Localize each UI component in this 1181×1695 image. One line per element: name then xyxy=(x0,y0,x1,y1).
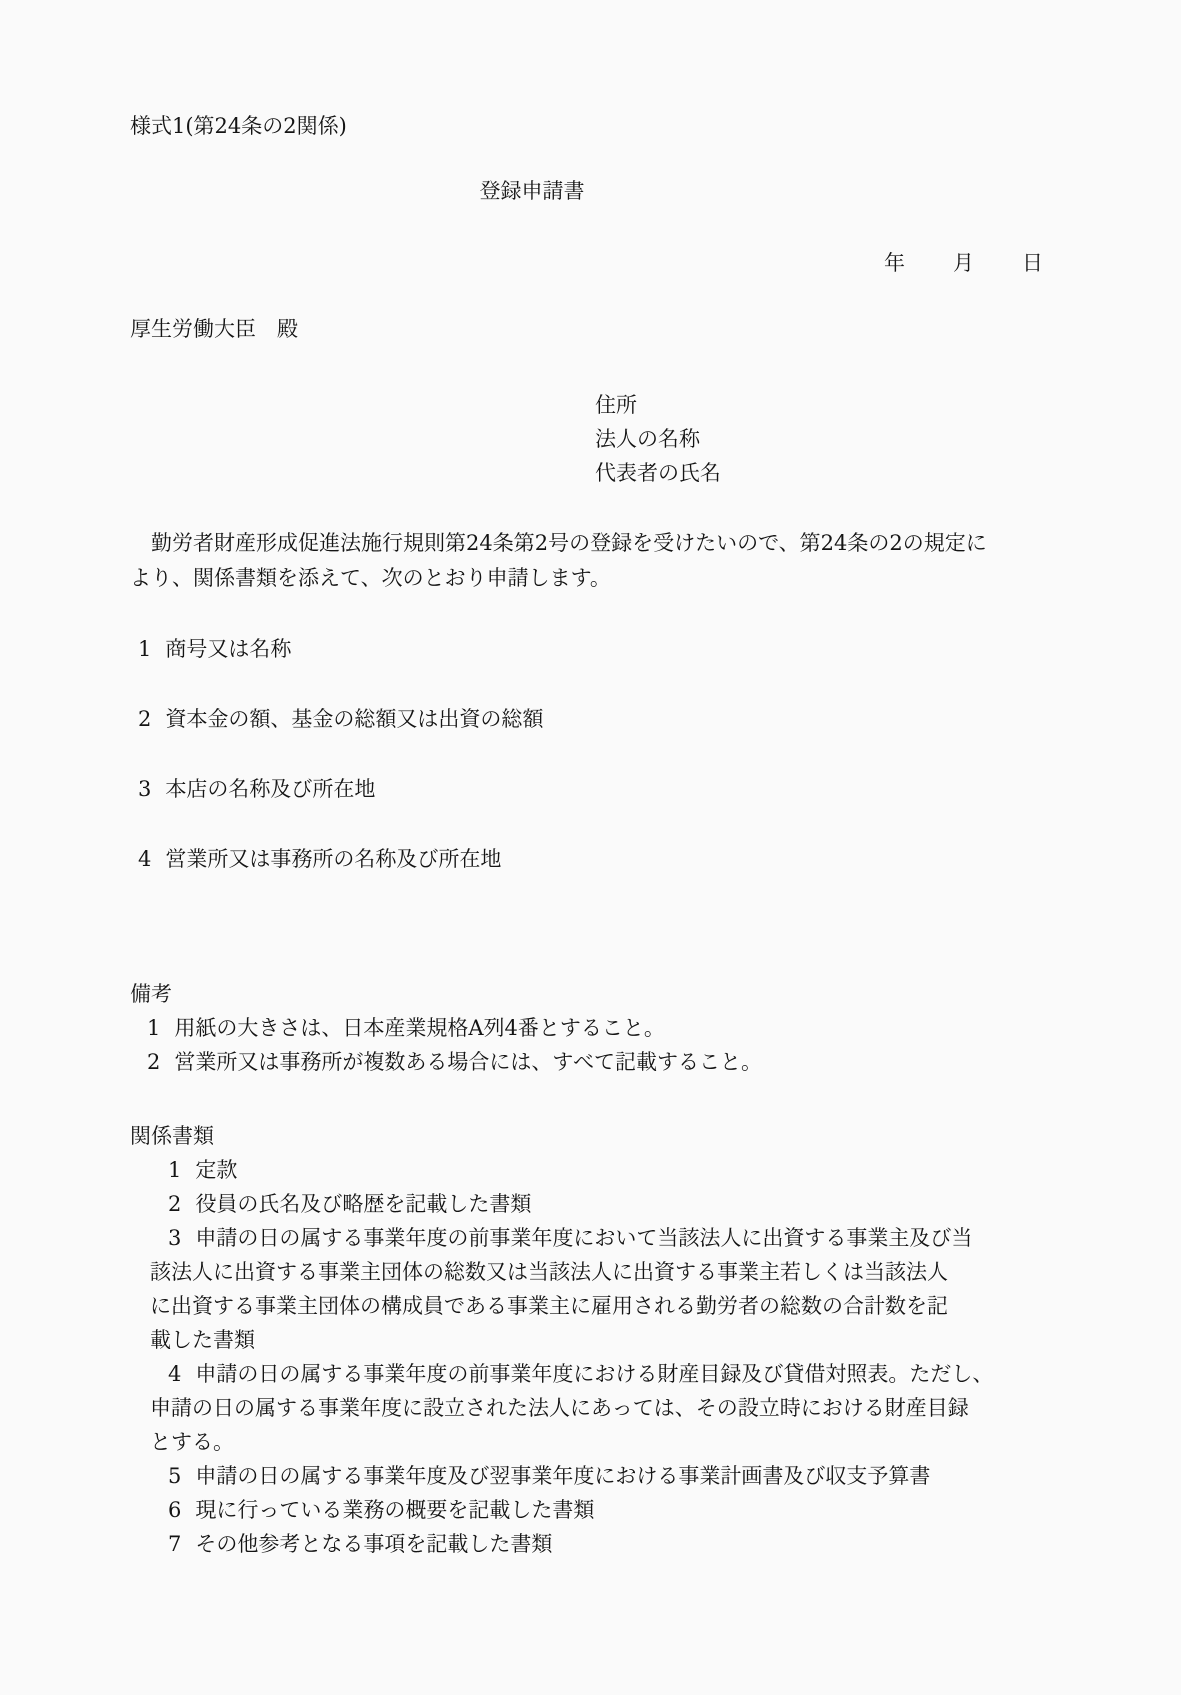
applicant-representative-label: 代表者の氏名 xyxy=(595,456,721,490)
item-text: 資本金の額、基金の総額又は出資の総額 xyxy=(165,707,543,731)
related-document-item-4: 4申請の日の属する事業年度の前事業年度における財産目録及び貸借対照表。ただし、 … xyxy=(130,1357,1090,1459)
remarks-section: 備考 1用紙の大きさは、日本産業規格A列4番とすること。 2営業所又は事務所が複… xyxy=(130,977,1086,1079)
item-text: 営業所又は事務所の名称及び所在地 xyxy=(165,847,501,871)
item-text: 申請の日の属する事業年度の前事業年度において当該法人に出資する事業主及び当 該法… xyxy=(150,1226,972,1352)
item-text: 営業所又は事務所が複数ある場合には、すべて記載すること。 xyxy=(174,1050,762,1074)
item-text: 用紙の大きさは、日本産業規格A列4番とすること。 xyxy=(174,1016,665,1040)
item-text: 商号又は名称 xyxy=(165,637,291,661)
item-number: 2 xyxy=(147,1045,160,1079)
item-number: 1 xyxy=(168,1153,181,1187)
related-document-item-2: 2役員の氏名及び略歴を記載した書類 xyxy=(130,1187,1090,1221)
registration-application-document: 様式1(第24条の2関係) 登録申請書 年 月 日 厚生労働大臣 殿 住所 法人… xyxy=(0,0,1181,1695)
related-document-item-3: 3申請の日の属する事業年度の前事業年度において当該法人に出資する事業主及び当 該… xyxy=(130,1221,1090,1357)
item-number: 7 xyxy=(168,1527,181,1561)
remark-item-2: 2営業所又は事務所が複数ある場合には、すべて記載すること。 xyxy=(130,1045,1086,1079)
item-number: 4 xyxy=(138,842,151,876)
item-text: 定款 xyxy=(195,1158,237,1182)
application-item-3: 3本店の名称及び所在地 xyxy=(130,772,1086,806)
applicant-corporate-name-label: 法人の名称 xyxy=(595,422,721,456)
document-title: 登録申請書 xyxy=(0,174,1064,208)
item-text: 役員の氏名及び略歴を記載した書類 xyxy=(195,1192,531,1216)
application-item-2: 2資本金の額、基金の総額又は出資の総額 xyxy=(130,702,1086,736)
item-number: 6 xyxy=(168,1493,181,1527)
item-text: 本店の名称及び所在地 xyxy=(165,777,375,801)
application-item-1: 1商号又は名称 xyxy=(130,632,1086,666)
item-text: その他参考となる事項を記載した書類 xyxy=(195,1532,552,1556)
item-number: 4 xyxy=(168,1357,181,1391)
item-text: 申請の日の属する事業年度及び翌事業年度における事業計画書及び収支予算書 xyxy=(195,1464,930,1488)
related-documents-section: 関係書類 1定款 2役員の氏名及び略歴を記載した書類 3申請の日の属する事業年度… xyxy=(130,1119,1090,1561)
addressee-line: 厚生労働大臣 殿 xyxy=(130,312,298,346)
related-document-item-7: 7その他参考となる事項を記載した書類 xyxy=(130,1527,1090,1561)
date-line: 年 月 日 xyxy=(0,246,1045,280)
item-number: 3 xyxy=(138,772,151,806)
application-items-list: 1商号又は名称 2資本金の額、基金の総額又は出資の総額 3本店の名称及び所在地 … xyxy=(130,632,1086,912)
related-documents-heading: 関係書類 xyxy=(130,1119,1090,1153)
remarks-heading: 備考 xyxy=(130,977,1086,1011)
item-number: 1 xyxy=(147,1011,160,1045)
item-number: 5 xyxy=(168,1459,181,1493)
remark-item-1: 1用紙の大きさは、日本産業規格A列4番とすること。 xyxy=(130,1011,1086,1045)
item-number: 1 xyxy=(138,632,151,666)
item-number: 2 xyxy=(168,1187,181,1221)
related-document-item-1: 1定款 xyxy=(130,1153,1090,1187)
item-number: 2 xyxy=(138,702,151,736)
related-document-item-5: 5申請の日の属する事業年度及び翌事業年度における事業計画書及び収支予算書 xyxy=(130,1459,1090,1493)
item-text: 現に行っている業務の概要を記載した書類 xyxy=(195,1498,594,1522)
form-number-label: 様式1(第24条の2関係) xyxy=(130,109,347,143)
item-text: 申請の日の属する事業年度の前事業年度における財産目録及び貸借対照表。ただし、 申… xyxy=(150,1362,993,1454)
item-number: 3 xyxy=(168,1221,181,1255)
applicant-block: 住所 法人の名称 代表者の氏名 xyxy=(595,388,721,490)
applicant-address-label: 住所 xyxy=(595,388,721,422)
related-document-item-6: 6現に行っている業務の概要を記載した書類 xyxy=(130,1493,1090,1527)
application-item-4: 4営業所又は事務所の名称及び所在地 xyxy=(130,842,1086,876)
application-statement: 勤労者財産形成促進法施行規則第24条第2号の登録を受けたいので、第24条の2の規… xyxy=(130,526,1086,596)
